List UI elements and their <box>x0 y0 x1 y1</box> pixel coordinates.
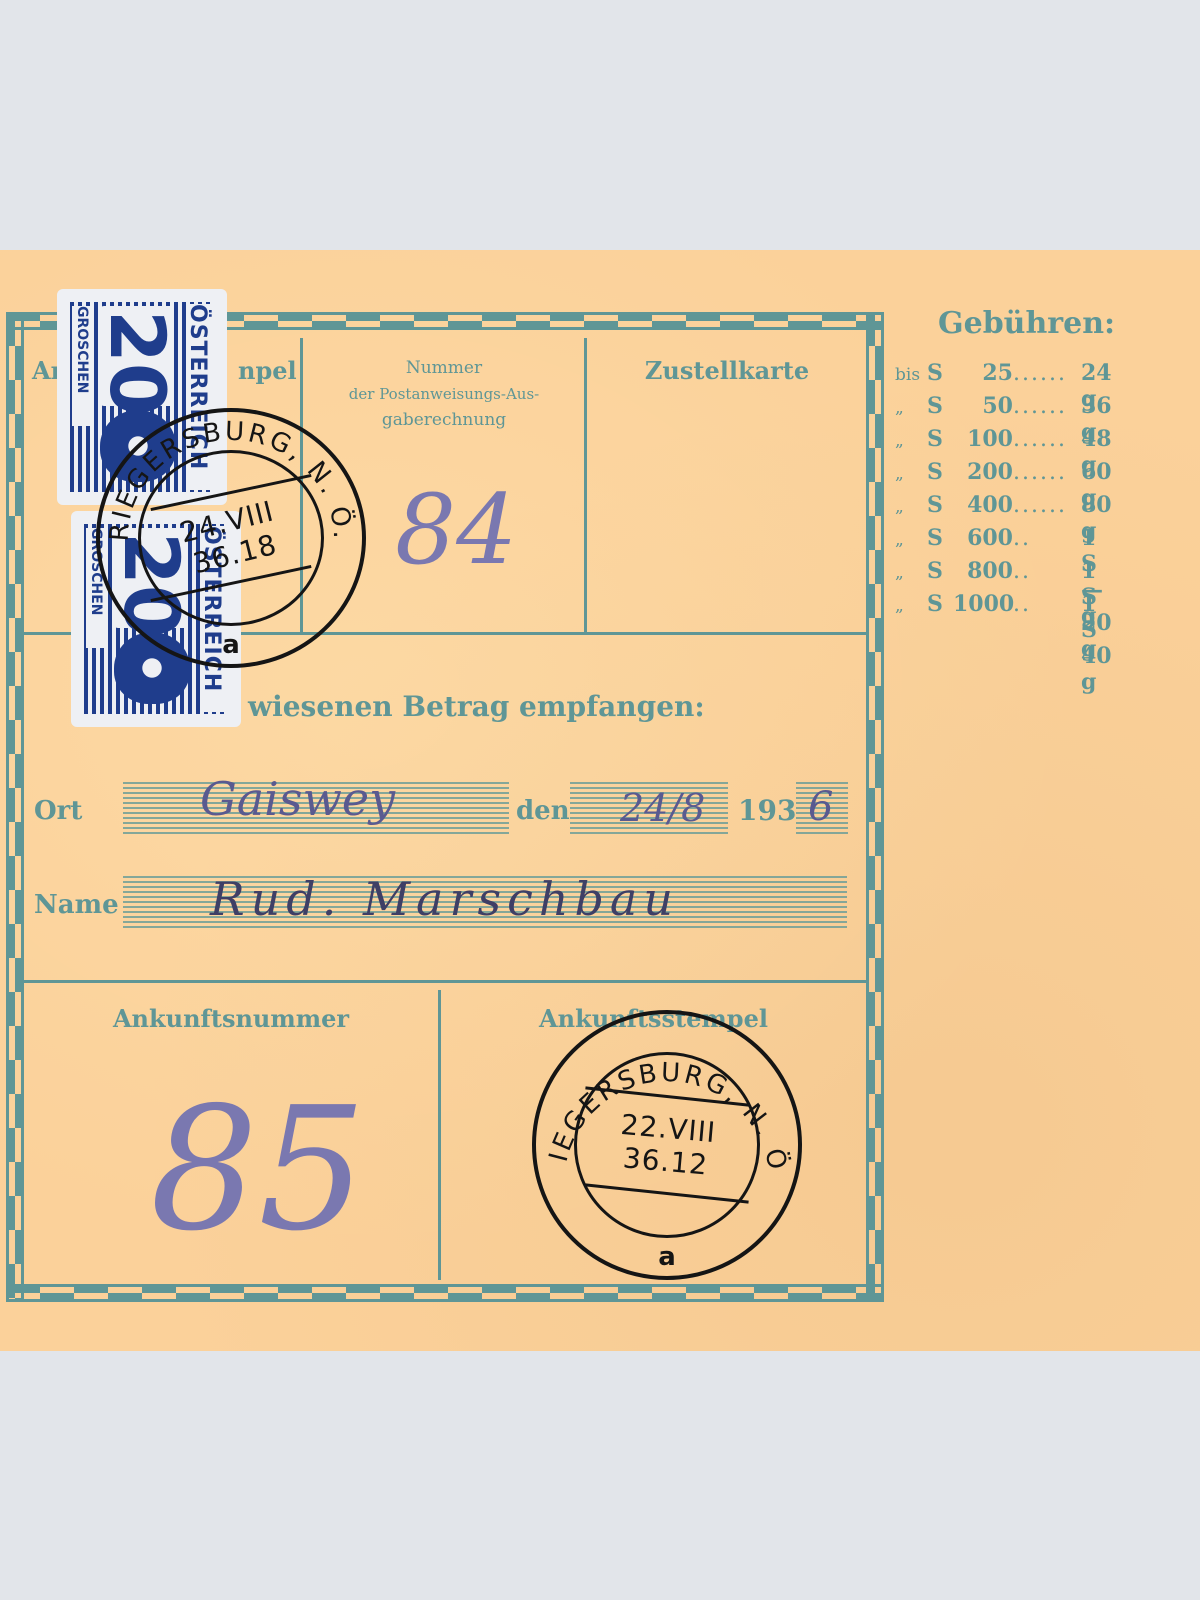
postmark-bar-top <box>585 1086 748 1106</box>
postmark-inner-ring: 22.VIII 36.12 <box>574 1052 760 1238</box>
fee-amount: 50 <box>953 393 1013 419</box>
postmark-date: 22.VIII 36.12 <box>574 1104 759 1185</box>
name-handwritten: Rud. Marschbau <box>210 872 679 926</box>
fee-row: bisS25......24 g <box>895 360 1081 393</box>
form-border-right <box>866 312 884 1302</box>
postmark-departure: RIEGERSBURG, N. Ö. 24.VIII 36.18 a <box>96 408 366 668</box>
form-border-bottom <box>6 1284 884 1302</box>
postmark-letter: a <box>100 630 362 660</box>
fee-row: „S100......48 g <box>895 426 1081 459</box>
fee-leader-dots: ...... <box>1013 460 1081 485</box>
fee-row: „S1000..1 S 40 g <box>895 591 1081 624</box>
fee-prefix: „ <box>895 398 927 418</box>
fee-amount: 800 <box>953 558 1013 584</box>
fee-currency: S <box>927 591 953 617</box>
fee-prefix: „ <box>895 497 927 517</box>
fee-prefix: bis <box>895 365 927 385</box>
fee-currency: S <box>927 360 953 386</box>
arrival-number-label: Ankunftsnummer <box>24 1004 438 1033</box>
fees-table: bisS25......24 g„S50......36 g„S100.....… <box>895 360 1081 624</box>
fee-leader-dots: .. <box>1013 559 1081 584</box>
fee-amount: 400 <box>953 492 1013 518</box>
year-digit-handwritten: 6 <box>808 784 833 830</box>
name-label: Name <box>34 890 119 920</box>
stamp-value-text: 20 <box>100 310 174 416</box>
postmark-bar-bottom <box>585 1183 748 1203</box>
fee-prefix: „ <box>895 596 927 616</box>
place-handwritten: Gaiswey <box>200 772 395 826</box>
fee-row: „S800..1 S 20 g <box>895 558 1081 591</box>
postmark-date: 24.VIII 36.18 <box>136 484 327 592</box>
postmark-inner-ring: 24.VIII 36.18 <box>138 450 324 626</box>
form-border-left <box>6 312 24 1302</box>
divider-col2 <box>584 338 587 632</box>
year-prefix: 193 <box>738 794 796 827</box>
fee-currency: S <box>927 492 953 518</box>
fee-prefix: „ <box>895 464 927 484</box>
fee-amount: 200 <box>953 459 1013 485</box>
stamp-unit: GROSCHEN <box>72 306 92 426</box>
arrival-number-handwritten: 85 <box>150 1080 366 1260</box>
handwritten-issue-number: 84 <box>395 470 517 590</box>
place-label: Ort <box>34 796 82 826</box>
fee-row: „S200......60 g <box>895 459 1081 492</box>
fee-leader-dots: ...... <box>1013 493 1081 518</box>
fee-leader-dots: ...... <box>1013 361 1081 386</box>
postmark-letter: a <box>536 1242 798 1272</box>
fee-prefix: „ <box>895 530 927 550</box>
stamp-unit-text: GROSCHEN <box>74 306 90 394</box>
fee-prefix: „ <box>895 431 927 451</box>
stamp-value: 20 <box>100 306 174 406</box>
date-label: den <box>516 796 570 826</box>
fee-currency: S <box>927 426 953 452</box>
col3-label: Zustellkarte <box>588 356 866 385</box>
date-handwritten: 24/8 <box>620 786 705 830</box>
fee-prefix: „ <box>895 563 927 583</box>
divider-row2 <box>24 980 866 983</box>
col1-label-right: npel <box>238 356 297 385</box>
col2-label-line2: der Postanweisungs-Aus- <box>304 382 584 406</box>
fee-leader-dots: .. <box>1013 526 1081 551</box>
fee-leader-dots: ...... <box>1013 394 1081 419</box>
fee-row: „S400......80 g <box>895 492 1081 525</box>
fee-currency: S <box>927 558 953 584</box>
fee-row: „S50......36 g <box>895 393 1081 426</box>
fee-row: „S600..1 S — g <box>895 525 1081 558</box>
fee-currency: S <box>927 525 953 551</box>
fee-amount: 100 <box>953 426 1013 452</box>
divider-bottom-col <box>438 990 441 1280</box>
fee-amount: 1000 <box>953 591 1013 617</box>
fee-leader-dots: ...... <box>1013 427 1081 452</box>
fee-amount: 25 <box>953 360 1013 386</box>
receipt-heading: wiesenen Betrag empfangen: <box>248 690 705 723</box>
fee-currency: S <box>927 393 953 419</box>
fees-title: Gebühren: <box>938 306 1115 341</box>
fee-leader-dots: .. <box>1013 592 1081 617</box>
postmark-arrival: RIEGERSBURG, N. Ö. 22.VIII 36.12 a <box>532 1010 802 1280</box>
col2-label-line1: Nummer <box>304 356 584 380</box>
fee-amount: 600 <box>953 525 1013 551</box>
fee-currency: S <box>927 459 953 485</box>
